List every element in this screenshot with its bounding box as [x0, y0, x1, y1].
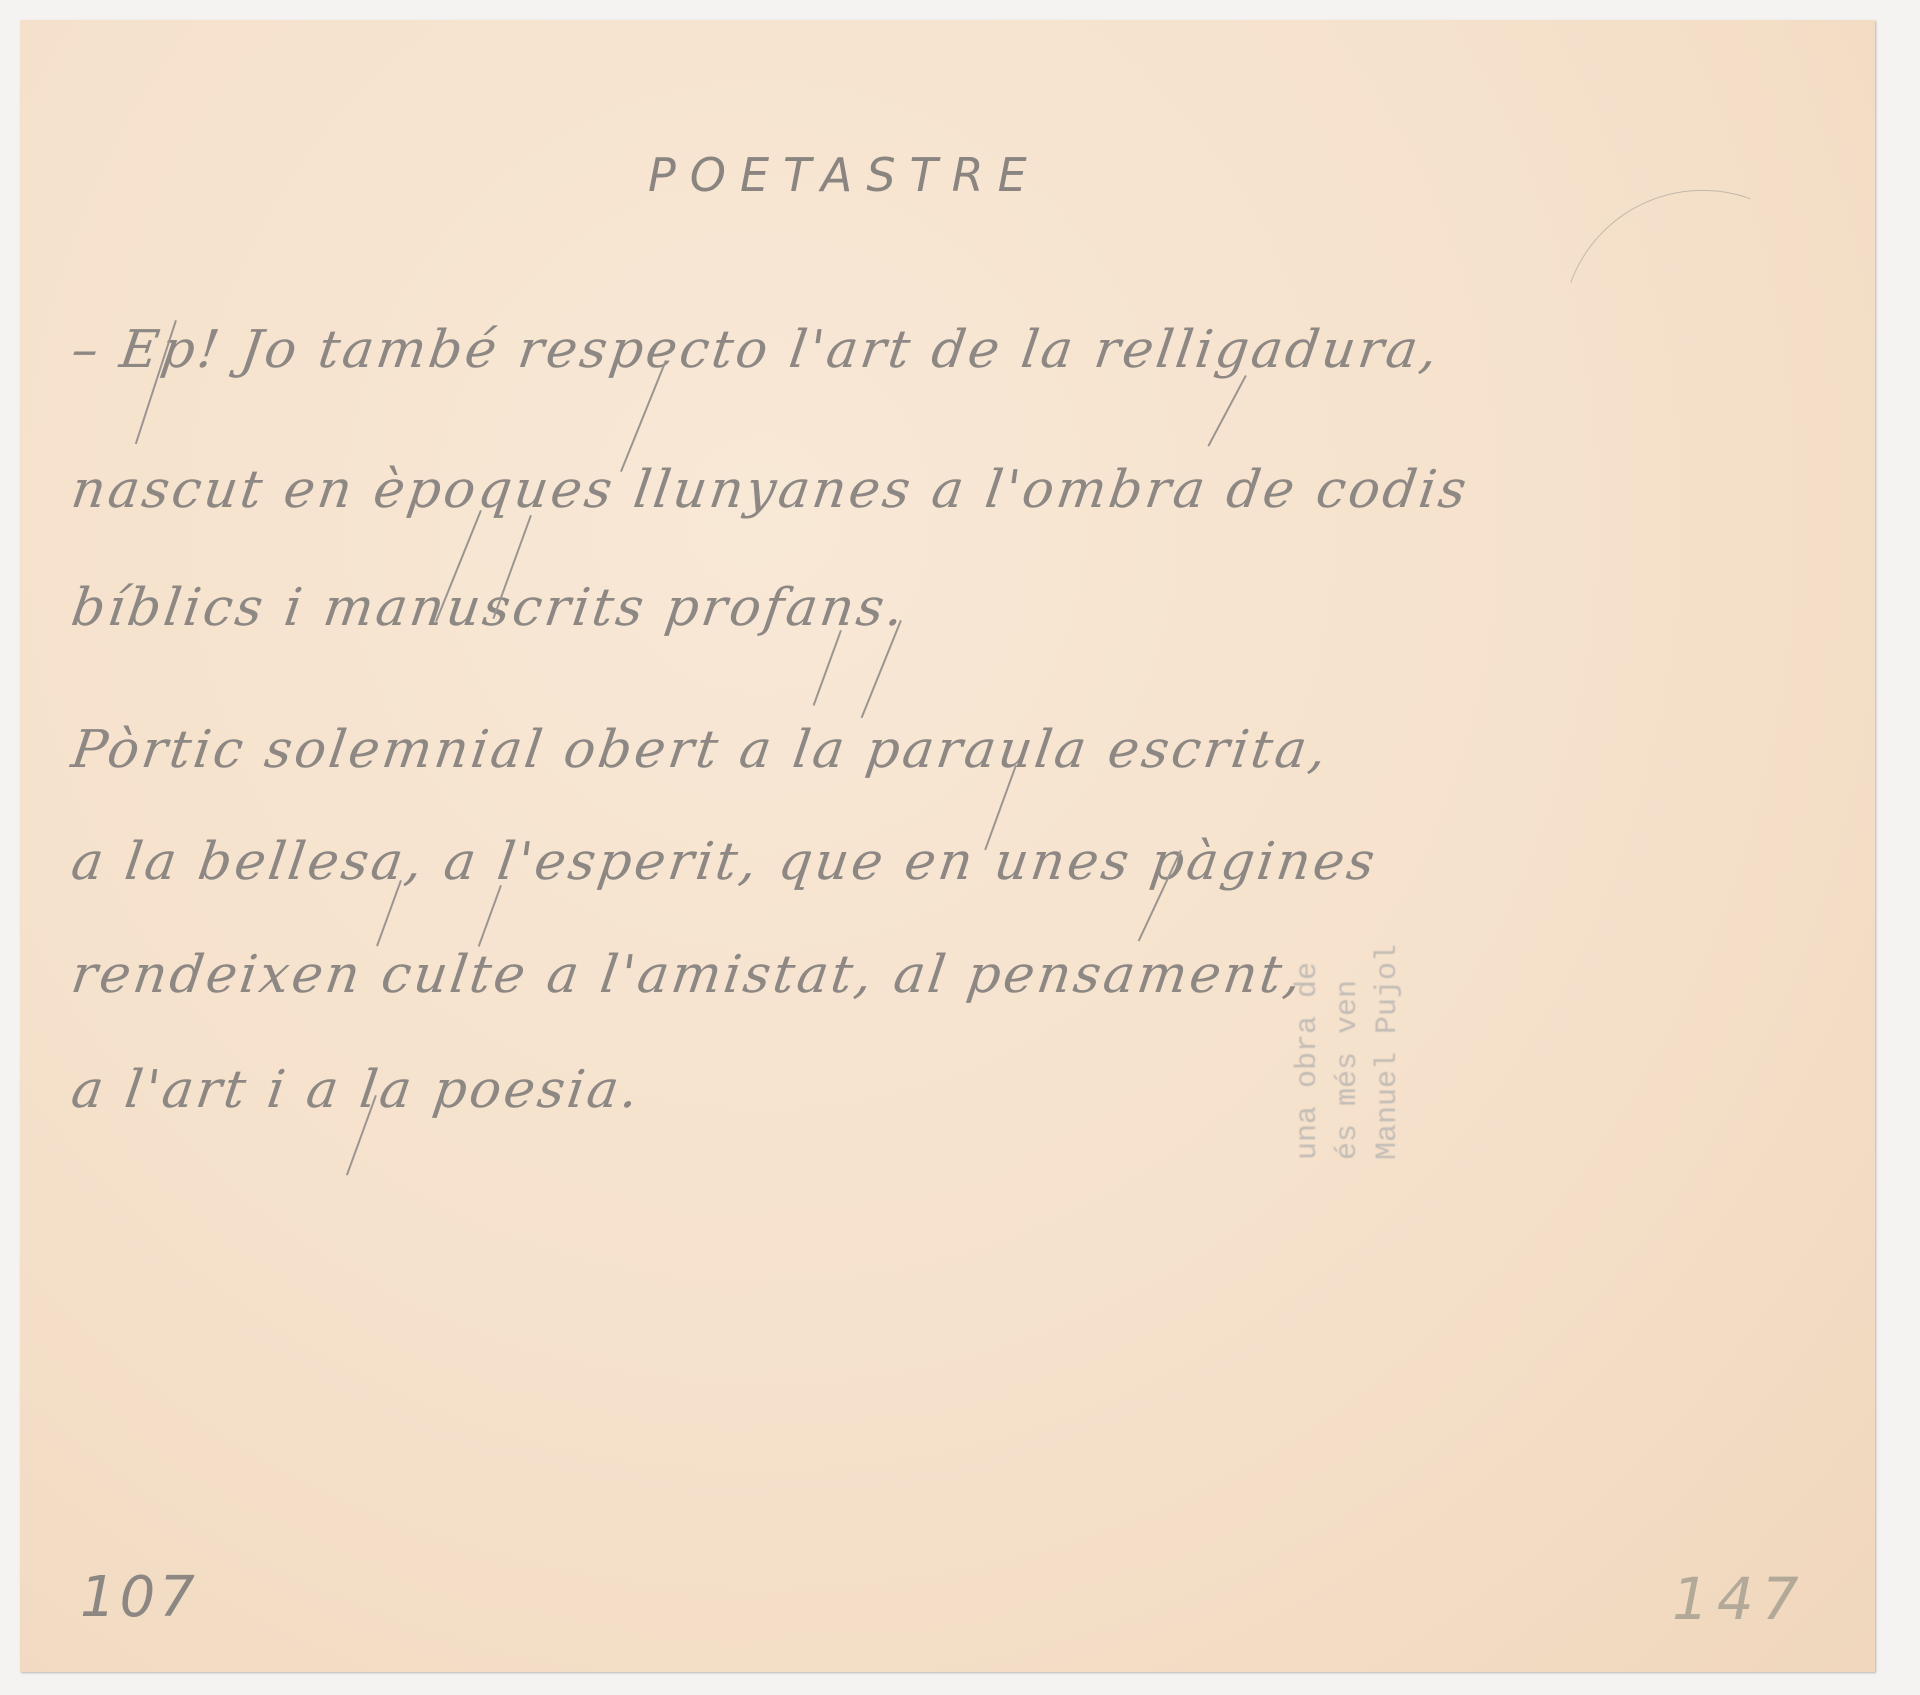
page-number-right: 147: [1672, 1565, 1807, 1633]
pencil-arc-mark: [1570, 150, 1751, 331]
stamp-line-2: és més ven: [1328, 540, 1368, 1160]
poem-line-1: – Ep! Jo també respecto l'art de la rell…: [68, 320, 1444, 380]
stamp-line-3: Manuel Pujol: [1368, 540, 1408, 1160]
embossed-stamp: una obra de és més ven Manuel Pujol: [1288, 540, 1418, 1160]
page-number-left: 107: [80, 1565, 199, 1630]
poem-line-6: rendeixen culte a l'amistat, al pensamen…: [68, 945, 1308, 1005]
poem-line-5: a la bellesa, a l'esperit, que en unes p…: [68, 832, 1381, 892]
poem-line-3: bíblics i manuscrits profans.: [68, 578, 911, 638]
pencil-stroke: [478, 885, 502, 947]
manuscript-page: POETASTRE – Ep! Jo també respecto l'art …: [20, 20, 1875, 1672]
pencil-stroke: [1207, 375, 1246, 447]
poem-line-7: a l'art i a la poesia.: [68, 1060, 645, 1120]
poem-line-2: nascut en èpoques llunyanes a l'ombra de…: [68, 460, 1473, 520]
pencil-stroke: [813, 630, 842, 706]
stamp-line-1: una obra de: [1288, 540, 1328, 1160]
poem-title: POETASTRE: [648, 148, 1041, 202]
poem-line-4: Pòrtic solemnial obert a la paraula escr…: [68, 720, 1333, 780]
